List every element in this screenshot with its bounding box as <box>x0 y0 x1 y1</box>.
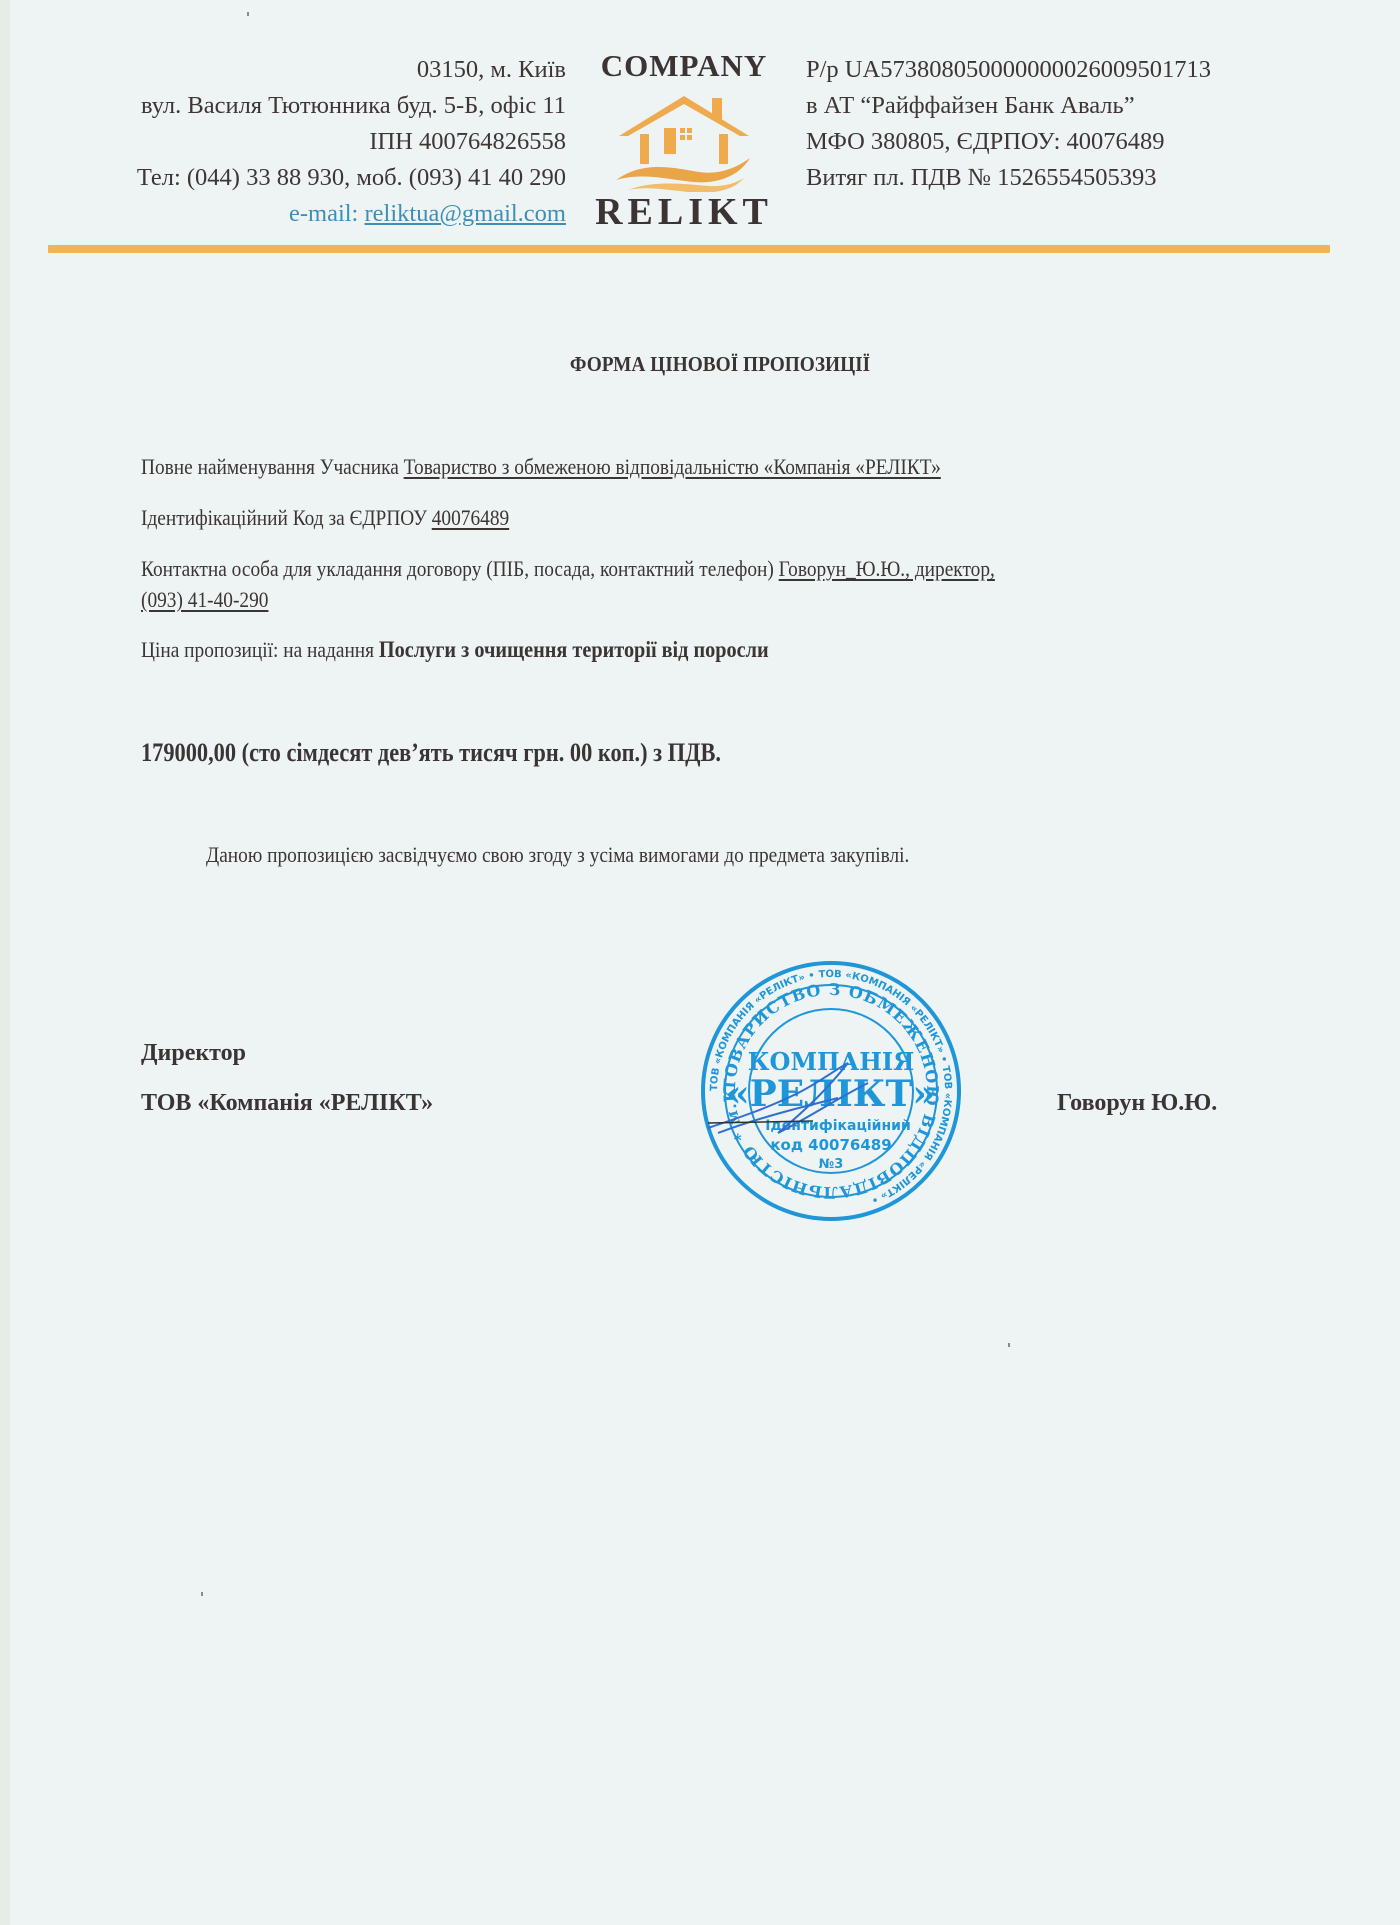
scan-speck <box>201 1592 203 1596</box>
contact-phone-row: (093) 41-40-290 <box>141 587 268 613</box>
logo-bottom-word: RELIKT <box>584 190 784 234</box>
edrpou-label: Ідентифікаційний Код за ЄДРПОУ <box>141 505 432 530</box>
header-divider <box>48 245 1330 253</box>
signatory-organization: ТОВ «Компанія «РЕЛІКТ» <box>141 1090 433 1117</box>
price-amount: 179000,00 (сто сімдесят дев’ять тисяч гр… <box>141 738 721 768</box>
participant-name-value: Товариство з обмеженою відповідальністю … <box>404 454 941 479</box>
participant-name-row: Повне найменування Учасника Товариство з… <box>141 454 941 480</box>
stamp-center-line5: №3 <box>819 1157 844 1172</box>
bank-details-block: Р/р UA573808050000000026009501713 в АТ “… <box>806 52 1211 196</box>
logo-top-word: COMPANY <box>584 48 784 84</box>
bank-name-line: в АТ “Райффайзен Банк Аваль” <box>806 88 1211 124</box>
bank-account-line: Р/р UA573808050000000026009501713 <box>806 52 1211 88</box>
company-stamp-icon: ТОВ «КОМПАНІЯ «РЕЛІКТ» • ТОВ «КОМПАНІЯ «… <box>698 958 964 1224</box>
mfo-edrpou-line: МФО 380805, ЄДРПОУ: 40076489 <box>806 124 1211 160</box>
price-label: Ціна пропозиції: на надання <box>141 637 379 662</box>
company-logo: COMPANY RELIKT <box>584 48 784 234</box>
agreement-statement: Даною пропозицією засвідчуємо свою згоду… <box>206 842 909 868</box>
tax-id-line: ІПН 400764826558 <box>137 124 566 160</box>
email-link[interactable]: reliktua@gmail.com <box>365 200 567 227</box>
document-title: ФОРМА ЦІНОВОЇ ПРОПОЗИЦІЇ <box>58 352 1383 377</box>
participant-name-label: Повне найменування Учасника <box>141 454 404 479</box>
contact-person-label: Контактна особа для укладання договору (… <box>141 556 779 581</box>
stamp-center-line4: код 40076489 <box>770 1136 891 1154</box>
stamp-center-line1: КОМПАНІЯ <box>748 1047 915 1076</box>
phone-line: Тел: (044) 33 88 930, моб. (093) 41 40 2… <box>137 160 566 196</box>
contact-person-row: Контактна особа для укладання договору (… <box>141 556 995 582</box>
contact-phone-value: (093) 41-40-290 <box>141 587 268 612</box>
edrpou-value: 40076489 <box>432 505 509 530</box>
price-subject: Послуги з очищення території від поросли <box>379 637 769 662</box>
email-line: e-mail: reliktua@gmail.com <box>137 196 566 232</box>
vat-extract-line: Витяг пл. ПДВ № 1526554505393 <box>806 160 1211 196</box>
company-address-block: 03150, м. Київ вул. Василя Тютюнника буд… <box>137 52 566 232</box>
scan-speck <box>1008 1343 1010 1347</box>
scan-edge <box>0 0 10 1925</box>
contact-person-value: Говорун_Ю.Ю., директор, <box>779 556 995 581</box>
price-subject-row: Ціна пропозиції: на надання Послуги з оч… <box>141 637 769 663</box>
address-line-street: вул. Василя Тютюнника буд. 5-Б, офіс 11 <box>137 88 566 124</box>
stamp-center-line2: «РЕЛІКТ» <box>727 1073 935 1115</box>
address-line-city: 03150, м. Київ <box>137 52 566 88</box>
house-with-waves-icon <box>614 88 754 192</box>
signatory-name: Говорун Ю.Ю. <box>1057 1090 1217 1117</box>
scan-speck <box>247 12 249 16</box>
signatory-role: Директор <box>141 1040 246 1067</box>
edrpou-row: Ідентифікаційний Код за ЄДРПОУ 40076489 <box>141 505 509 531</box>
email-label: e-mail: <box>289 200 365 227</box>
